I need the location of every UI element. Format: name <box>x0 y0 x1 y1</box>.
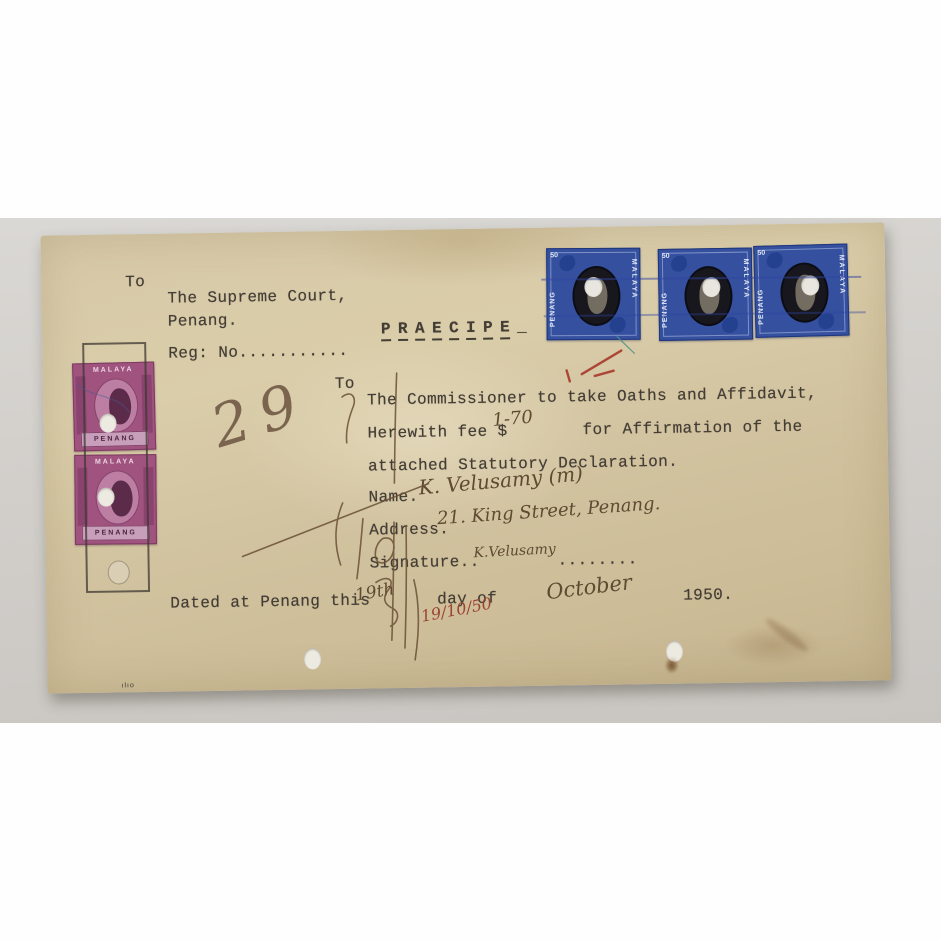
signature-dots: ........ <box>557 550 637 569</box>
pen-parenthesis <box>335 503 343 565</box>
dated-prefix: Dated at Penang this <box>170 592 370 613</box>
photo-background: To The Supreme Court, Penang. Reg: No...… <box>0 218 941 723</box>
stamp-country-label: MALAYA <box>630 259 637 331</box>
stamp-country-label: MALAYA <box>837 255 846 327</box>
praecipe-title: PRAECIPE_ <box>381 318 527 341</box>
title-letter: C <box>449 319 459 340</box>
body-line1: The Commissioner to take Oaths and Affid… <box>367 384 817 409</box>
signature-handwritten: K.Velusamy <box>473 541 556 561</box>
fee-prefix: Herewith fee $ <box>367 422 507 442</box>
stamp-value: 50 <box>757 250 765 257</box>
stamp-state-label: PENANG <box>661 264 669 328</box>
title-letter: A <box>415 320 425 341</box>
to-label-top: To <box>125 273 145 291</box>
fee-suffix: for Affirmation of the <box>582 418 802 439</box>
title-underscore: _ <box>517 318 527 336</box>
cancellation-box <box>82 342 150 593</box>
red-tick <box>567 370 570 381</box>
punch-hole <box>304 648 321 669</box>
revenue-stamp-blue-1: 50 PENANG MALAYA <box>546 248 640 340</box>
signature-label: Signature.. <box>370 553 480 573</box>
reg-no-line: Reg: No........... <box>168 342 348 363</box>
title-letter: I <box>466 319 476 340</box>
punch-hole <box>666 641 683 662</box>
title-letter: P <box>381 320 391 341</box>
revenue-stamp-blue-2: 50 PENANG MALAYA <box>658 247 753 340</box>
day-handwritten: 19th <box>354 579 396 605</box>
stamp-value: 50 <box>662 253 670 260</box>
stamp-state-label: PENANG <box>549 263 556 327</box>
year-typed: 1950. <box>683 586 733 605</box>
month-handwritten: October <box>545 570 633 604</box>
stamp-value: 50 <box>550 252 558 259</box>
title-letter: E <box>432 319 442 340</box>
red-check-mark <box>581 351 621 375</box>
to-label-body: To <box>335 375 355 393</box>
court-line2: Penang. <box>168 312 238 331</box>
printer-mark: ılıo <box>121 682 134 689</box>
pen-curve <box>342 394 355 443</box>
title-letter: E <box>500 318 510 339</box>
document-paper: To The Supreme Court, Penang. Reg: No...… <box>40 222 891 693</box>
fee-handwritten: 1-70 <box>492 407 534 431</box>
pen-flourish <box>414 580 419 660</box>
pen-digit-stroke <box>356 519 364 579</box>
big-number-annotation: 29 <box>204 367 317 460</box>
name-label: Name. <box>368 488 418 507</box>
pen-tall-stroke <box>403 526 408 648</box>
paper-stain <box>667 660 676 671</box>
title-letter: P <box>483 319 493 340</box>
red-dash <box>595 371 614 376</box>
court-line1: The Supreme Court, <box>167 287 347 308</box>
address-handwritten: 21. King Street, Penang. <box>436 493 661 529</box>
stamp-country-label: MALAYA <box>742 259 750 331</box>
paper-stain <box>763 615 811 654</box>
title-letter: R <box>398 320 408 341</box>
revenue-stamp-blue-3: 50 PENANG MALAYA <box>753 243 849 337</box>
